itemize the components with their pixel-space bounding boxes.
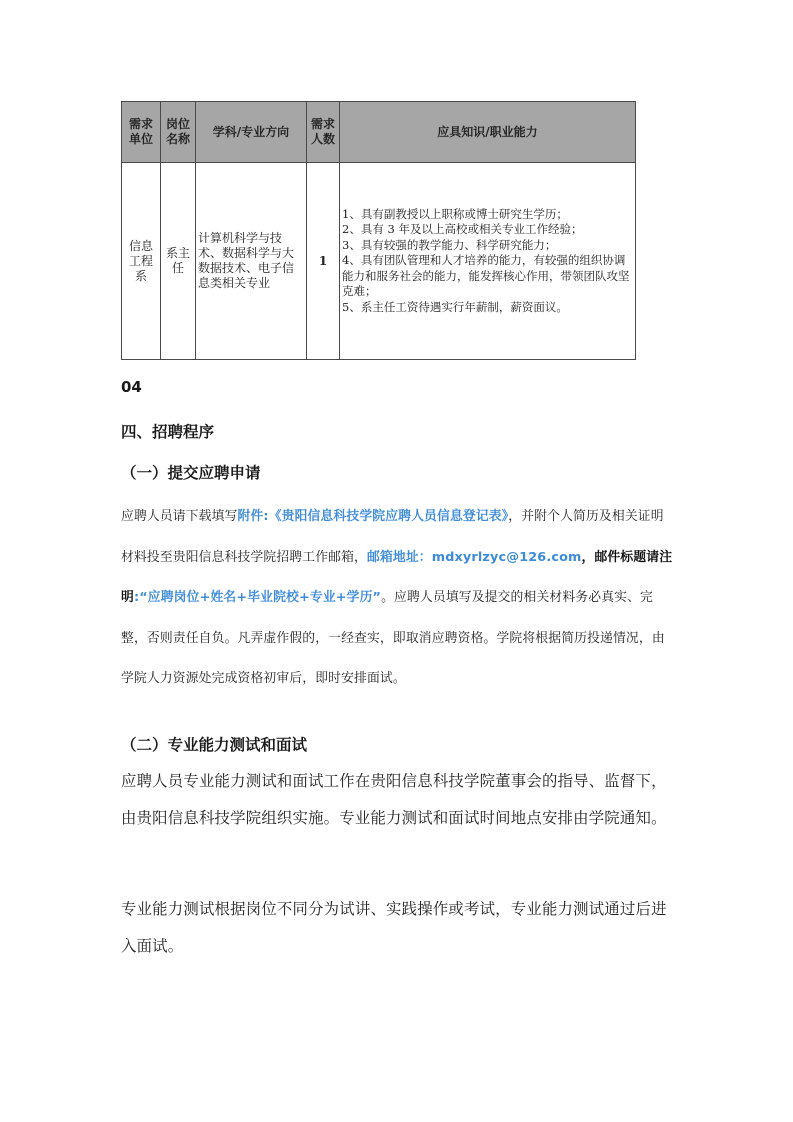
apply-intro-text: 应聘人员请下载填写 — [121, 509, 238, 524]
subject-format: :“应聘岗位+姓名+毕业院校+专业+学历” — [134, 590, 381, 605]
job-requirements-table: 需求单位 岗位名称 学科/专业方向 需求人数 应具知识/职业能力 信息工程系 系… — [121, 101, 636, 360]
email-link[interactable]: mdxyrlzyc@126.com — [432, 550, 582, 565]
cell-requirements: 1、具有副教授以上职称或博士研究生学历； 2、具有 3 年及以上高校或相关专业工… — [340, 163, 636, 360]
header-unit: 需求单位 — [122, 102, 161, 163]
header-position: 岗位名称 — [161, 102, 196, 163]
attachment-link[interactable]: 附件:《贵阳信息科技学院应聘人员信息登记表》 — [238, 509, 509, 524]
email-label: 邮箱地址： — [367, 550, 432, 565]
subsection-title-apply: （一）提交应聘申请 — [121, 461, 261, 483]
cell-count: 1 — [307, 163, 340, 360]
header-major: 学科/专业方向 — [196, 102, 307, 163]
requirement-item: 2、具有 3 年及以上高校或相关专业工作经验； — [342, 222, 633, 238]
apply-instructions: 应聘人员请下载填写附件:《贵阳信息科技学院应聘人员信息登记表》，并附个人简历及相… — [121, 497, 676, 700]
cell-unit: 信息工程系 — [122, 163, 161, 360]
table-header-row: 需求单位 岗位名称 学科/专业方向 需求人数 应具知识/职业能力 — [122, 102, 636, 163]
requirement-item: 5、系主任工资待遇实行年薪制，薪资面议。 — [342, 300, 633, 316]
requirement-item: 3、具有较强的教学能力、科学研究能力； — [342, 238, 633, 254]
section-title: 四、招聘程序 — [121, 420, 214, 442]
section-number: 04 — [121, 378, 142, 396]
test-paragraph-1: 应聘人员专业能力测试和面试工作在贵阳信息科技学院董事会的指导、监督下，由贵阳信息… — [121, 763, 681, 836]
requirement-item: 4、具有团队管理和人才培养的能力，有较强的组织协调能力和服务社会的能力，能发挥核… — [342, 253, 633, 300]
subsection-title-test: （二）专业能力测试和面试 — [121, 733, 307, 755]
test-paragraph-2: 专业能力测试根据岗位不同分为试讲、实践操作或考试，专业能力测试通过后进入面试。 — [121, 891, 681, 964]
cell-major: 计算机科学与技术、数据科学与大数据技术、电子信息类相关专业 — [196, 163, 307, 360]
header-requirements: 应具知识/职业能力 — [340, 102, 636, 163]
cell-position: 系主任 — [161, 163, 196, 360]
table-row: 信息工程系 系主任 计算机科学与技术、数据科学与大数据技术、电子信息类相关专业 … — [122, 163, 636, 360]
header-count: 需求人数 — [307, 102, 340, 163]
requirement-item: 1、具有副教授以上职称或博士研究生学历； — [342, 207, 633, 223]
requirements-list: 1、具有副教授以上职称或博士研究生学历； 2、具有 3 年及以上高校或相关专业工… — [342, 207, 633, 316]
